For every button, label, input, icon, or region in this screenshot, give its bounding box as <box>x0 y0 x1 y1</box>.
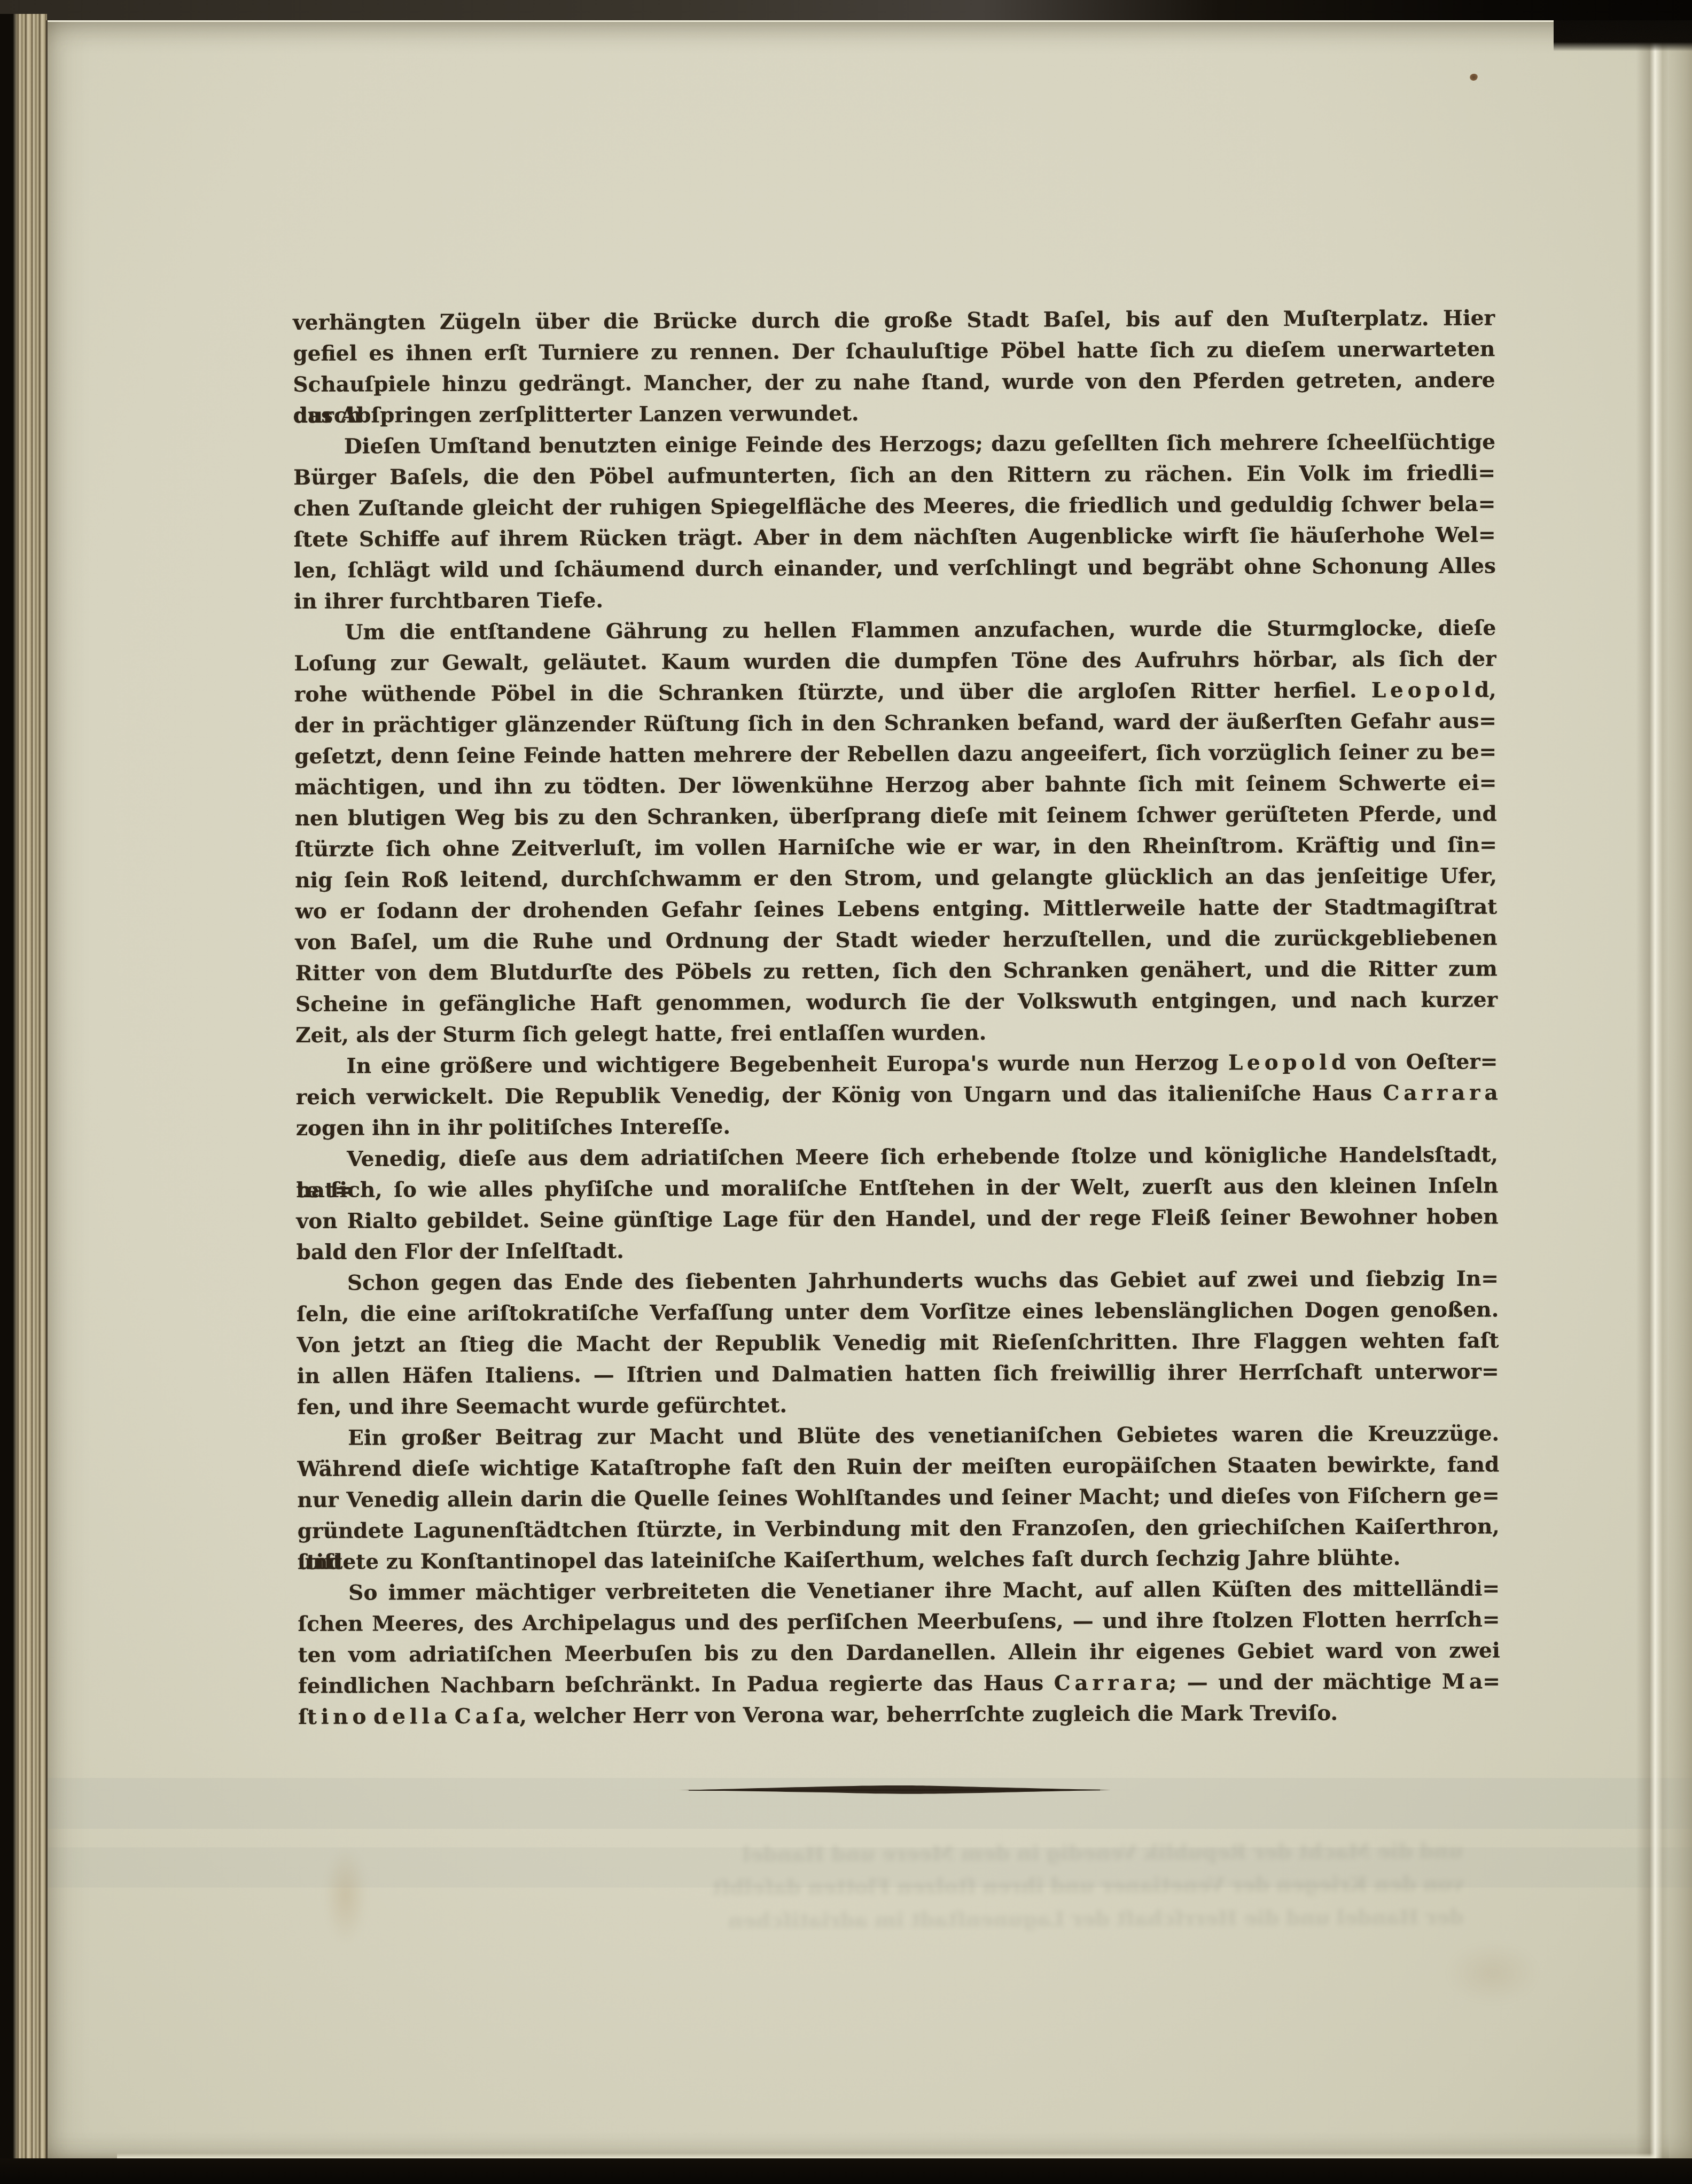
text-line: So immer mächtiger verbreiteten die Vene… <box>298 1573 1500 1609</box>
text-line: rohe wüthende Pöbel in die Schranken ſtü… <box>294 674 1496 710</box>
text-line: zogen ihn in ihr politiſches Intereſſe. <box>296 1108 1498 1144</box>
paragraph: verhängten Zügeln über die Brücke durch … <box>293 302 1495 431</box>
page-curl-edge <box>1636 20 1670 2158</box>
text-line: das Abſpringen zerſplitterter Lanzen ver… <box>293 395 1495 431</box>
text-line: ſt i n o d e l l a C a ſ a, welcher Herr… <box>298 1697 1500 1733</box>
text-line: fen, und ihre Seemacht wurde gefürchtet. <box>297 1387 1499 1423</box>
text-line: geſetzt, denn ſeine Feinde hatten mehrer… <box>294 736 1496 772</box>
text-line: Während dieſe wichtige Kataſtrophe faſt … <box>297 1449 1499 1485</box>
text-line: wo er ſodann der drohenden Gefahr ſeines… <box>295 891 1497 927</box>
text-line: verhängten Zügeln über die Brücke durch … <box>293 302 1495 338</box>
text-line: in ihrer furchtbaren Tiefe. <box>294 581 1496 617</box>
paragraph: Venedig, dieſe aus dem adriatiſchen Meer… <box>296 1139 1499 1268</box>
page-text-block: verhängten Zügeln über die Brücke durch … <box>293 302 1500 1733</box>
text-line: Ein großer Beitrag zur Macht und Blüte d… <box>297 1418 1499 1454</box>
text-line: von Baſel, um die Ruhe und Ordnung der S… <box>295 922 1497 958</box>
bleed-through-text: und die Macht der Republik Venedig in de… <box>422 1834 1464 1939</box>
text-line: nen blutigen Weg bis zu den Schranken, ü… <box>295 798 1497 834</box>
text-line: Dieſen Umſtand benutzten einige Feinde d… <box>293 426 1495 462</box>
text-line: gründete Lagunenſtädtchen ſtürzte, in Ve… <box>298 1511 1500 1547</box>
text-line: Scheine in gefängliche Haft genommen, wo… <box>295 984 1498 1020</box>
text-line: ſtete Schiffe auf ihrem Rücken trägt. Ab… <box>294 519 1496 555</box>
text-line: Ritter von dem Blutdurſte des Pöbels zu … <box>295 953 1498 989</box>
text-line: chen Zuſtande gleicht der ruhigen Spiege… <box>293 488 1495 524</box>
text-line: Venedig, dieſe aus dem adriatiſchen Meer… <box>296 1139 1498 1175</box>
text-line: reich verwickelt. Die Republik Venedig, … <box>296 1077 1498 1113</box>
section-divider-rule <box>678 1784 1111 1795</box>
text-line: von Rialto gebildet. Seine günſtige Lage… <box>296 1201 1498 1237</box>
text-line: Zeit, als der Sturm ſich gelegt hatte, f… <box>295 1015 1498 1051</box>
background-bottom-strip <box>0 2158 1692 2184</box>
book-page: verhängten Zügeln über die Brücke durch … <box>46 20 1692 2158</box>
text-line: in allen Häfen Italiens. — Iſtrien und D… <box>297 1356 1499 1392</box>
text-line: bald den Flor der Inſelſtadt. <box>297 1232 1499 1268</box>
text-line: der in prächtiger glänzender Rüſtung ſic… <box>294 705 1496 741</box>
ghost-line: der Handel und die Herrſchaft der Lagune… <box>422 1900 1463 1939</box>
ghost-line: und die Macht der Republik Venedig in de… <box>422 1834 1463 1873</box>
swelled-rule-shape <box>678 1784 1111 1795</box>
text-line: ſeln, die eine ariſtokratiſche Verfaſſun… <box>297 1294 1499 1330</box>
text-line: len, ſchlägt wild und ſchäumend durch ei… <box>294 550 1496 586</box>
paper-stain <box>324 1847 367 1944</box>
paragraph: In eine größere und wichtigere Begebenhe… <box>295 1046 1498 1144</box>
text-line: Loſung zur Gewalt, geläutet. Kaum wurden… <box>294 643 1496 679</box>
text-line: ten vom adriatiſchen Meerbuſen bis zu de… <box>298 1635 1500 1671</box>
text-line: nur Venedig allein darin die Quelle ſein… <box>297 1480 1499 1516</box>
text-line: nig ſein Roß leitend, durchſchwamm er de… <box>295 860 1497 896</box>
page-stack-edges <box>0 14 47 2167</box>
text-line: feindlichen Nachbarn beſchränkt. In Padu… <box>298 1666 1500 1702</box>
text-line: Um die entſtandene Gährung zu hellen Fla… <box>294 612 1496 648</box>
page-curl-shade <box>1669 20 1692 2158</box>
text-line: ſtürzte ſich ohne Zeitverluſt, im vollen… <box>295 829 1497 865</box>
paragraph: Um die entſtandene Gährung zu hellen Fla… <box>294 612 1498 1051</box>
text-line: In eine größere und wichtigere Begebenhe… <box>295 1046 1498 1082</box>
text-line: mächtigen, und ihn zu tödten. Der löwenk… <box>294 767 1496 803</box>
text-line: Von jetzt an ſtieg die Macht der Republi… <box>297 1325 1499 1361</box>
text-line: ſchen Meeres, des Archipelagus und des p… <box>298 1604 1500 1640</box>
background-corner <box>1554 20 1692 51</box>
paper-stain <box>1447 1944 1538 2002</box>
text-line: gefiel es ihnen erſt Turniere zu rennen.… <box>293 333 1495 369</box>
ghost-line: von den Kriegen der Venetianer und ihren… <box>422 1867 1463 1906</box>
ink-spot-stain <box>1470 74 1478 81</box>
text-line: te ſich, ſo wie alles phyſiſche und mora… <box>296 1170 1498 1206</box>
text-line: Schon gegen das Ende des ſiebenten Jahrh… <box>297 1263 1499 1299</box>
paragraph: Schon gegen das Ende des ſiebenten Jahrh… <box>297 1263 1499 1423</box>
text-line: ſtiftete zu Konſtantinopel das lateiniſc… <box>298 1542 1500 1578</box>
background-top-strip <box>0 0 1692 21</box>
paragraph: Dieſen Umſtand benutzten einige Feinde d… <box>293 426 1496 617</box>
paragraph: So immer mächtiger verbreiteten die Vene… <box>298 1573 1500 1733</box>
paragraph: Ein großer Beitrag zur Macht und Blüte d… <box>297 1418 1500 1578</box>
text-line: Bürger Baſels, die den Pöbel aufmunterte… <box>293 457 1495 493</box>
text-line: Schauſpiele hinzu gedrängt. Mancher, der… <box>293 364 1495 400</box>
